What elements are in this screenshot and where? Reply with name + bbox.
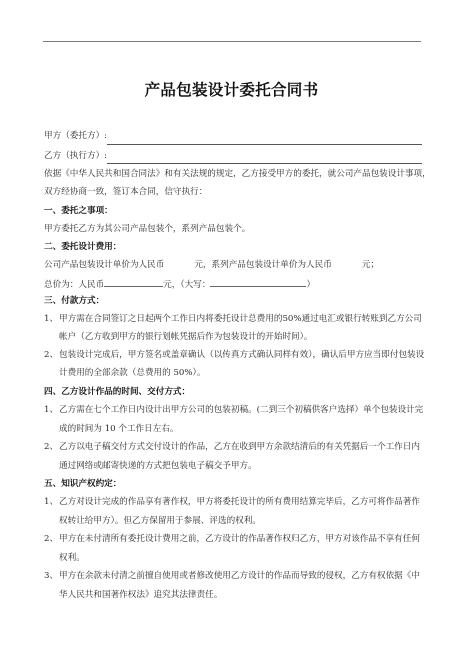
total-uppercase-label: 元，（大写： <box>163 280 210 290</box>
payment-item-2-line-1: 包装设计完成后，甲方签名或盖章确认（以传真方式确认同样有效），确认后甲方应当即付… <box>59 349 424 361</box>
delivery-item-1-line-2: 成的时间为 10 个工作日左右。 <box>59 423 179 435</box>
header-rule <box>43 41 421 42</box>
party-b-label: 乙方（执行方）: <box>44 150 107 162</box>
ip-item-2-number: 2、 <box>44 533 58 545</box>
section-4-heading: 四、乙方设计作品的时间、交付方式： <box>44 386 190 398</box>
ip-item-3-line-2: 华人民共和国著作权法》追究其法律责任。 <box>59 589 222 601</box>
ip-item-3-number: 3、 <box>44 570 58 582</box>
section-5-heading: 五、知识产权约定： <box>44 478 121 490</box>
ip-item-1-number: 1、 <box>44 496 58 508</box>
section-1-text: 甲方委托乙方为其公司产品包装个，系列产品包装个。 <box>44 223 250 235</box>
fee-line: 公司产品包装设计单价为人民币元，系列产品包装设计单价为人民币元； <box>44 259 379 271</box>
payment-item-1-number: 1、 <box>44 313 58 325</box>
ip-item-1-line-2: 权转让给甲方）。但乙方保留用于参展、评选的权利。 <box>59 515 261 527</box>
delivery-item-1-number: 1、 <box>44 404 58 416</box>
section-1-heading: 一、委托之事项： <box>44 205 113 217</box>
intro-line-1: 依据《中华人民共和国合同法》和有关法规的规定，乙方接受甲方的委托，就公司产品包装… <box>44 168 431 180</box>
total-price-label: 总价为：人民币 <box>44 280 104 290</box>
total-uppercase-field[interactable] <box>210 277 306 287</box>
fee-currency-suffix: 元； <box>362 260 379 270</box>
payment-item-2-line-2: 计费用的全部余款（总费用的 50%）。 <box>59 367 205 379</box>
party-a-fill-line[interactable] <box>107 144 422 145</box>
delivery-item-2-line-1: 乙方以电子稿交付方式交付设计的作品，乙方在收到甲方余款结清后的有关凭据后一个工作… <box>59 441 420 453</box>
total-price-field[interactable] <box>104 277 163 287</box>
party-b-fill-line[interactable] <box>107 163 422 164</box>
total-line: 总价为：人民币元，（大写：） <box>44 277 315 291</box>
party-a-label: 甲方（委托方）: <box>44 130 107 142</box>
payment-item-1-line-2: 帐户（乙方收到甲方的银行划帐凭据后作为包装设计的开始时间）。 <box>59 331 313 343</box>
ip-item-2-line-2: 权利。 <box>59 552 85 564</box>
section-2-heading: 二、委托设计费用： <box>44 241 121 253</box>
total-close-paren: ） <box>306 280 315 290</box>
section-3-heading: 三、付款方式： <box>44 295 104 307</box>
intro-line-2: 双方经协商一致，签订本合同，信守执行： <box>44 186 207 198</box>
fee-unit-price-label: 公司产品包装设计单价为人民币 <box>44 260 164 270</box>
delivery-item-1-line-1: 乙方需在七个工作日内设计出甲方公司的包装初稿。(二到三个初稿供客户选择）单个包装… <box>59 404 423 416</box>
fee-series-price-label: 元，系列产品包装设计单价为人民币 <box>194 260 332 270</box>
payment-item-2-number: 2、 <box>44 349 58 361</box>
payment-item-1-line-1: 甲方需在合同签订之日起两个工作日内将委托设计总费用的50%通过电汇或银行转账到乙… <box>59 313 422 325</box>
delivery-item-2-number: 2、 <box>44 441 58 453</box>
ip-item-3-line-1: 甲方在余款未付清之前擅自使用或者修改使用乙方设计的作品而导致的侵权，乙方有权依据… <box>59 570 420 582</box>
delivery-item-2-line-2: 通过网络或邮寄快递的方式把包装电子稿交予甲方。 <box>59 460 257 472</box>
document-title: 产品包装设计委托合同书 <box>0 78 463 100</box>
ip-item-2-line-1: 甲方在未付清所有委托设计费用之前，乙方设计的作品著作权归乙方，甲方对该作品不享有… <box>59 533 420 545</box>
ip-item-1-line-1: 乙方对设计完成的作品享有著作权，甲方将委托设计的所有费用结算完毕后，乙方可将作品… <box>59 496 420 508</box>
